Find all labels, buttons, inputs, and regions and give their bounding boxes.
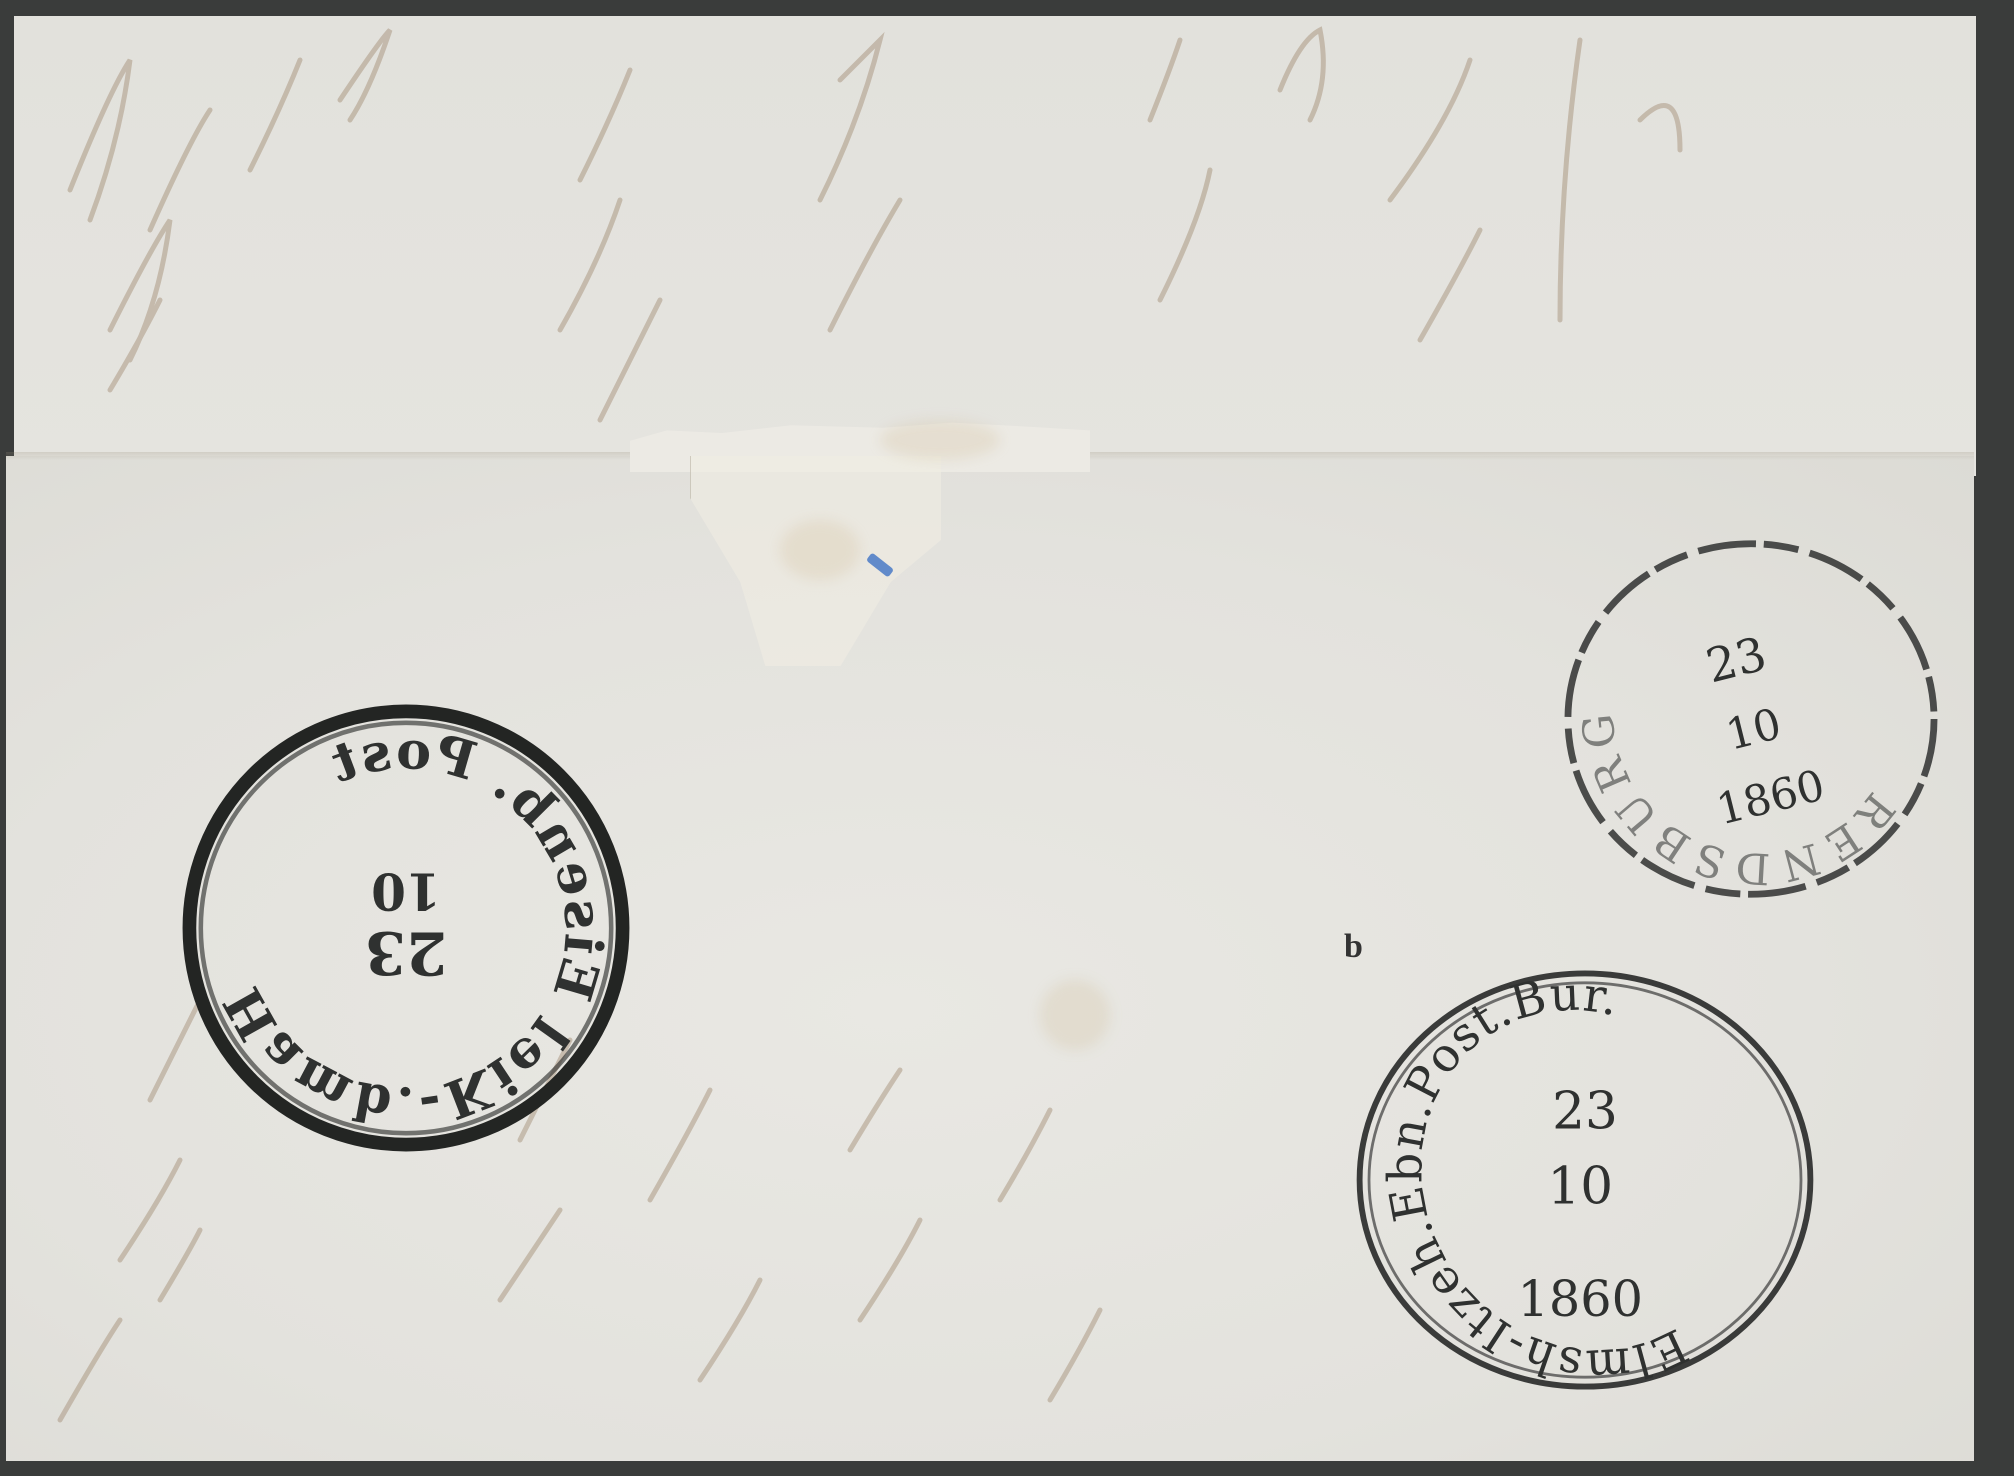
foxing-stain bbox=[1040, 980, 1110, 1050]
postmark-bottom-right: Elmsh-Itzeh.Ebn.Post.Bur. 23 10 1860 bbox=[1350, 964, 1820, 1396]
letter-top-panel bbox=[14, 16, 1976, 476]
foxing-stain bbox=[780, 520, 860, 580]
b-handstamp-mark: b bbox=[1344, 928, 1363, 966]
postmark-top-right: RENDSBURG 23 10 1860 bbox=[1556, 534, 1946, 904]
postmark-top-right-month: 10 bbox=[1721, 699, 1786, 761]
postmark-bottom-right-month: 10 bbox=[1547, 1156, 1613, 1216]
postmark-bottom-right-day: 23 bbox=[1552, 1081, 1618, 1141]
postmark-top-right-year: 1860 bbox=[1712, 761, 1830, 836]
postmark-left-day: 23 bbox=[365, 919, 447, 989]
foxing-stain bbox=[880, 420, 1000, 460]
postmark-top-right-day: 23 bbox=[1701, 628, 1772, 695]
postmark-left: Hamb.-Kiel Eisenb. Post 23 10 bbox=[178, 700, 634, 1156]
postmark-bottom-right-year: 1860 bbox=[1518, 1270, 1643, 1328]
postmark-left-month: 10 bbox=[371, 861, 441, 920]
